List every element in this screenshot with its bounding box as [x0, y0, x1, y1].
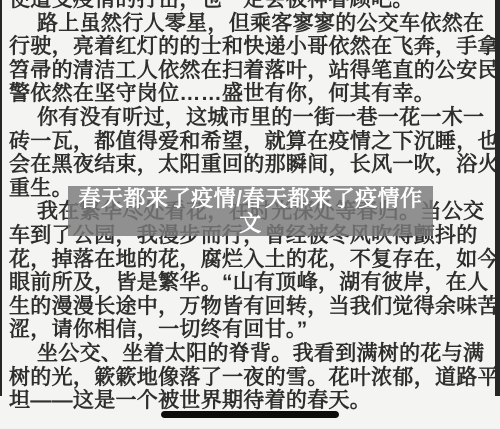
text-line: 砖一瓦，都值得爱和希望，就算在疫情之下沉睡，也 — [0, 130, 500, 154]
home-indicator-bar[interactable] — [161, 411, 339, 418]
text-line: 树的光，簌簌地像落了一夜的雪。花叶浓郁，道路平 — [0, 366, 500, 390]
right-edge-border — [495, 0, 500, 396]
text-line: 眼前所及，皆是繁华。“山有顶峰，湖有彼岸，在人 — [0, 271, 500, 295]
text-line: 花，掉落在地的花，腐烂入土的花，不复存在，如今 — [0, 248, 500, 272]
title-overlay-line1: 春天都来了疫情/春天都来了疫情作 — [68, 186, 433, 211]
text-line: 笤帚的清洁工人依然在扫着落叶，站得笔直的公安民 — [0, 59, 500, 83]
text-line: 坦——这是一个被世界期待着的春天。 — [0, 389, 500, 413]
text-line: 路上虽然行人零星，但乘客寥寥的公交车依然在 — [0, 12, 500, 36]
text-line: 生的漫漫长途中，万物皆有回转，当我们觉得余味苦 — [0, 295, 500, 319]
text-line: 使遭受疫情的打击，也一定会被神眷顾吧。 — [0, 0, 500, 12]
text-line: 涩，请你相信，一切终有回甘。” — [0, 318, 500, 342]
text-line: 会在黑夜结束，太阳重回的那瞬间，长风一吹，浴火 — [0, 153, 500, 177]
text-line: 行驶，亮着红灯的的士和快递小哥依然在飞奔，手拿 — [0, 35, 500, 59]
text-line: 坐公交、坐着太阳的脊背。我看到满树的花与满 — [0, 342, 500, 366]
text-line: 你有没有听过，这城市里的一街一巷一花一木一 — [0, 106, 500, 130]
title-overlay-line2: 文 — [68, 211, 433, 236]
title-overlay: 春天都来了疫情/春天都来了疫情作 文 — [68, 186, 433, 236]
left-edge-border — [0, 0, 2, 396]
text-line: 警依然在坚守岗位……盛世有你，何其有幸。 — [0, 82, 500, 106]
